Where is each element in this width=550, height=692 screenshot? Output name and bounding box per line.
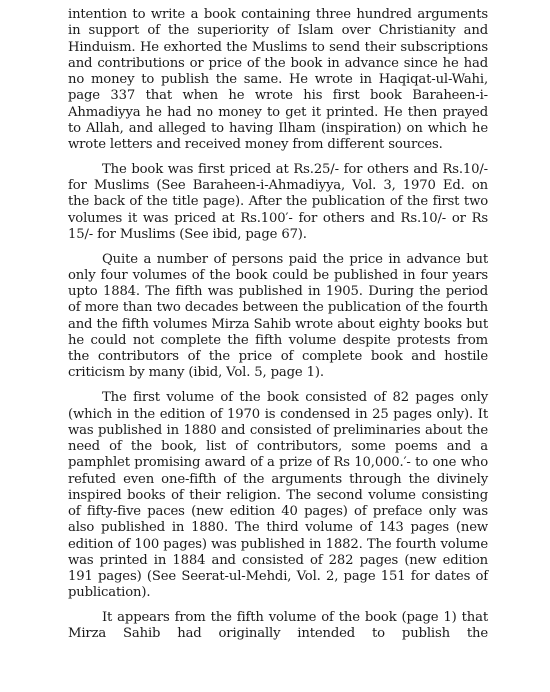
paragraph-2: The book was first priced at Rs.25/- for… [68, 162, 488, 243]
document-page: intention to write a book containing thr… [68, 7, 488, 651]
paragraph-5: It appears from the fifth volume of the … [68, 610, 488, 643]
paragraph-1: intention to write a book containing thr… [68, 7, 488, 153]
paragraph-3: Quite a number of persons paid the price… [68, 252, 488, 382]
paragraph-4: The first volume of the book consisted o… [68, 390, 488, 601]
